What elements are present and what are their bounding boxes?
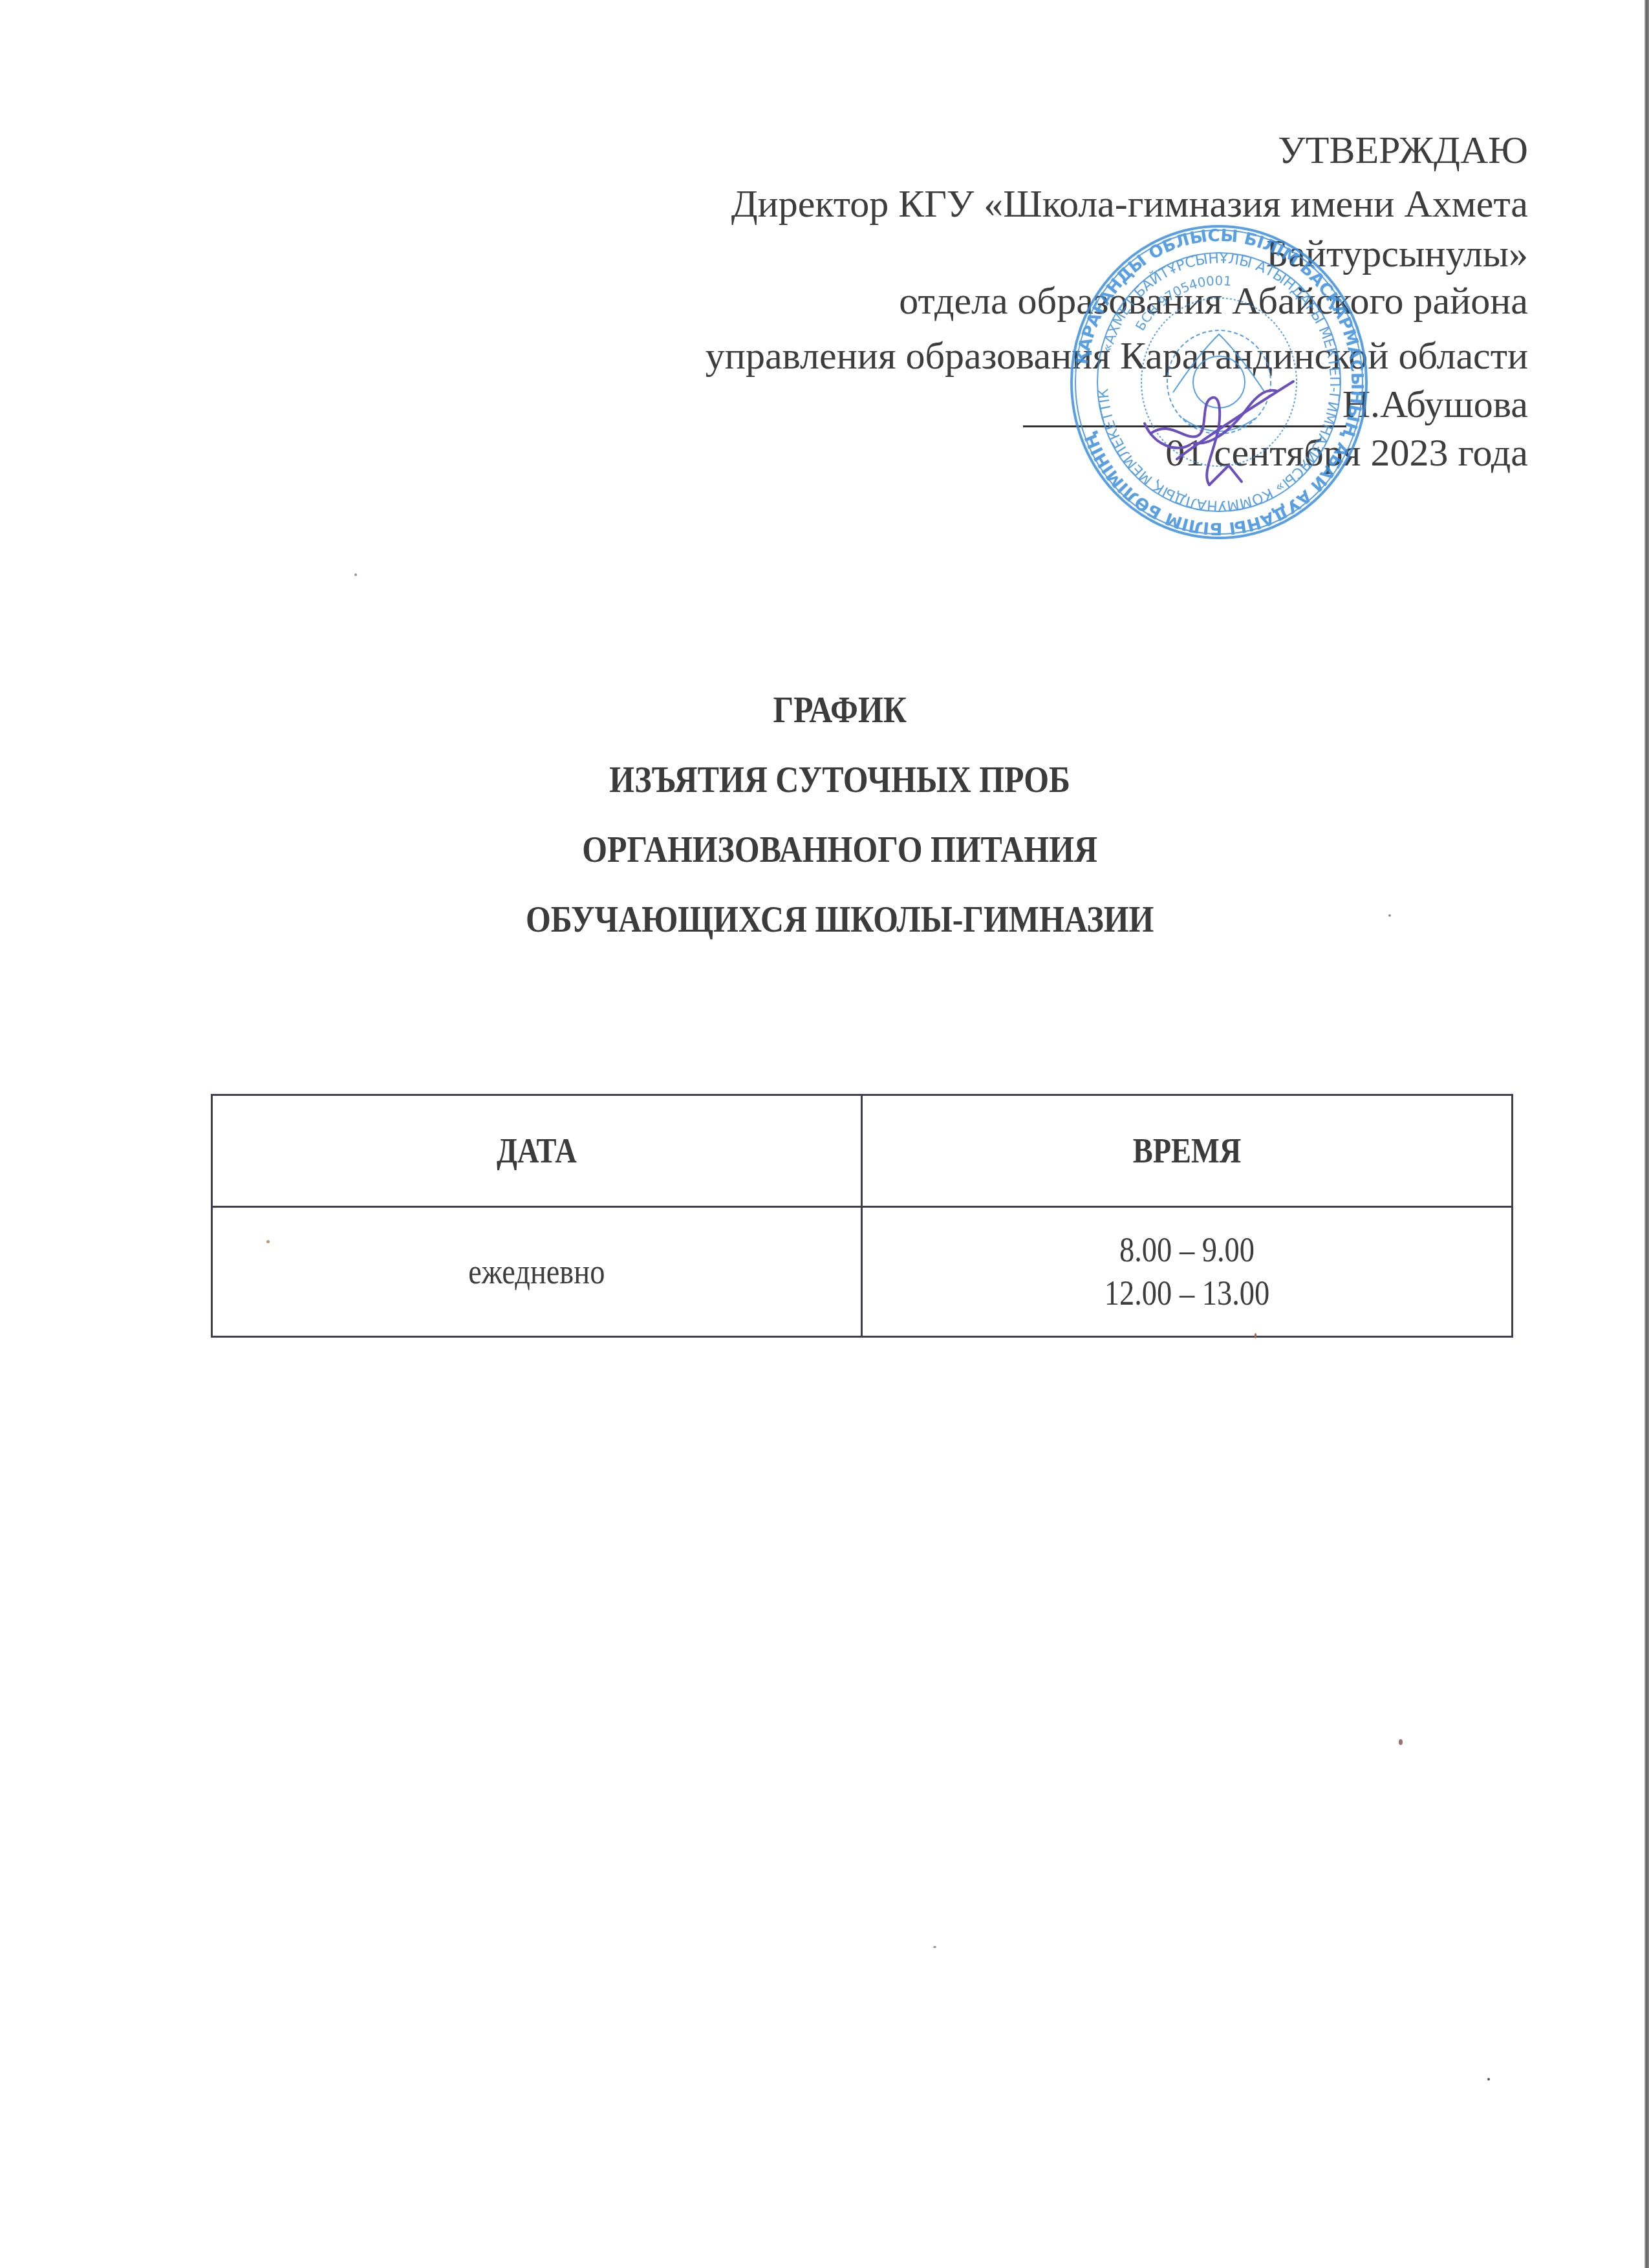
column-header-date: ДАТА [212,1095,862,1207]
director-line: Директор КГУ «Школа-гимназия имени Ахмет… [731,184,1528,223]
scan-speck [1255,1333,1256,1338]
table-header-row: ДАТА ВРЕМЯ [212,1095,1513,1207]
scan-speck [1399,1739,1403,1745]
approval-date: 01 сентября 2023 года [1165,433,1528,472]
title-line: ОБУЧАЮЩИХСЯ ШКОЛЫ-ГИМНАЗИИ [116,884,1534,954]
document-page: УТВЕРЖДАЮ Директор КГУ «Школа-гимназия и… [0,0,1649,2268]
approval-heading: УТВЕРЖДАЮ [1278,131,1528,169]
title-line: ГРАФИК [116,675,1534,745]
school-name-continuation: Байтурсынулы» [1266,234,1528,273]
title-line: ИЗЪЯТИЯ СУТОЧНЫХ ПРОБ [116,745,1534,815]
scan-speck [1487,2078,1490,2081]
time-range: 8.00 – 9.00 [908,1228,1466,1272]
department-line: отдела образования Абайского района [899,281,1528,320]
scan-speck [354,573,357,576]
scan-border [1644,0,1649,2268]
column-header-time: ВРЕМЯ [862,1095,1513,1207]
scan-speck [266,1240,270,1243]
time-range: 12.00 – 13.00 [908,1272,1466,1315]
table-row: ежедневно 8.00 – 9.00 12.00 – 13.00 [212,1207,1513,1337]
signer-name: Н.Абушова [1342,385,1528,423]
scan-speck [1388,914,1391,917]
scan-speck [933,1946,936,1948]
title-line: ОРГАНИЗОВАННОГО ПИТАНИЯ [116,815,1534,884]
cell-date: ежедневно [212,1207,862,1337]
document-title: ГРАФИК ИЗЪЯТИЯ СУТОЧНЫХ ПРОБ ОРГАНИЗОВАН… [0,675,1649,954]
time-ranges: 8.00 – 9.00 12.00 – 13.00 [863,1228,1511,1315]
schedule-table: ДАТА ВРЕМЯ ежедневно 8.00 – 9.00 12.00 –… [211,1094,1513,1338]
signature-line [1023,425,1346,427]
cell-times: 8.00 – 9.00 12.00 – 13.00 [862,1207,1513,1337]
management-line: управления образования Карагандинской об… [706,336,1528,375]
